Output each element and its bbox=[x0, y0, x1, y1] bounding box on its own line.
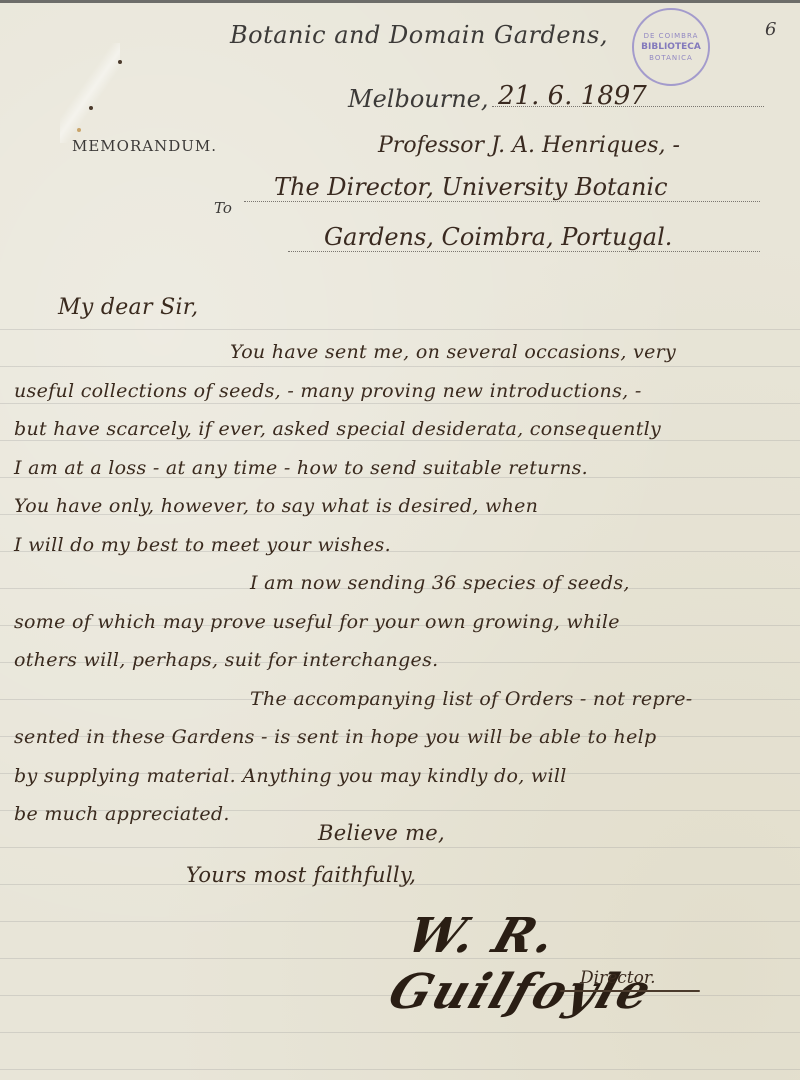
body-line: useful collections of seeds, - many prov… bbox=[14, 380, 642, 402]
closing-valediction: Yours most faithfully, bbox=[186, 863, 416, 887]
body-line: some of which may prove useful for your … bbox=[14, 611, 620, 633]
page-number: 6 bbox=[765, 19, 776, 40]
body-line: others will, perhaps, suit for interchan… bbox=[14, 649, 439, 671]
body-line: I am now sending 36 species of seeds, bbox=[250, 572, 630, 594]
body-line: I will do my best to meet your wishes. bbox=[14, 534, 391, 556]
closing: Believe me, bbox=[318, 821, 445, 845]
place-date-line: Melbourne, 21. 6. 1897 bbox=[348, 85, 768, 113]
memorandum-label: MEMORANDUM. bbox=[72, 137, 217, 155]
body-line: but have scarcely, if ever, asked specia… bbox=[14, 418, 661, 440]
body-line: I am at a loss - at any time - how to se… bbox=[14, 457, 588, 479]
recipient-address-line-1: The Director, University Botanic bbox=[244, 173, 760, 202]
body-line: The accompanying list of Orders - not re… bbox=[250, 688, 693, 710]
pinhole-mark bbox=[118, 60, 122, 64]
body-line: be much appreciated. bbox=[14, 803, 230, 825]
pinhole-mark bbox=[89, 106, 93, 110]
letter-page: DE COIMBRA BIBLIOTECA BOTANICA 6 Botanic… bbox=[0, 0, 800, 1080]
library-stamp: DE COIMBRA BIBLIOTECA BOTANICA bbox=[632, 8, 710, 86]
stamp-ring-bottom: BOTANICA bbox=[649, 54, 693, 62]
stamp-center: BIBLIOTECA bbox=[641, 40, 701, 54]
signature-underline bbox=[560, 990, 700, 992]
recipient-name: Professor J. A. Henriques, - bbox=[378, 133, 680, 158]
stamp-ring-top: DE COIMBRA bbox=[644, 32, 699, 40]
salutation: My dear Sir, bbox=[58, 295, 198, 320]
paper-crease bbox=[60, 43, 120, 143]
signature-title: Director. bbox=[580, 968, 656, 988]
letter-date: 21. 6. 1897 bbox=[498, 81, 647, 111]
memorandum-text: MEMORANDUM. bbox=[72, 137, 217, 155]
pinhole-mark bbox=[77, 128, 81, 132]
signature: W. R. Guilfoyle bbox=[382, 908, 800, 1020]
body-line: You have only, however, to say what is d… bbox=[14, 495, 538, 517]
letterhead-institution: Botanic and Domain Gardens, bbox=[230, 21, 608, 49]
letterhead-place: Melbourne, bbox=[348, 85, 488, 113]
recipient-address-line-2: Gardens, Coimbra, Portugal. bbox=[288, 223, 760, 252]
body-line: sented in these Gardens - is sent in hop… bbox=[14, 726, 656, 748]
to-label: To bbox=[214, 199, 232, 217]
body-line: by supplying material. Anything you may … bbox=[14, 765, 567, 787]
body-line: You have sent me, on several occasions, … bbox=[230, 341, 676, 363]
